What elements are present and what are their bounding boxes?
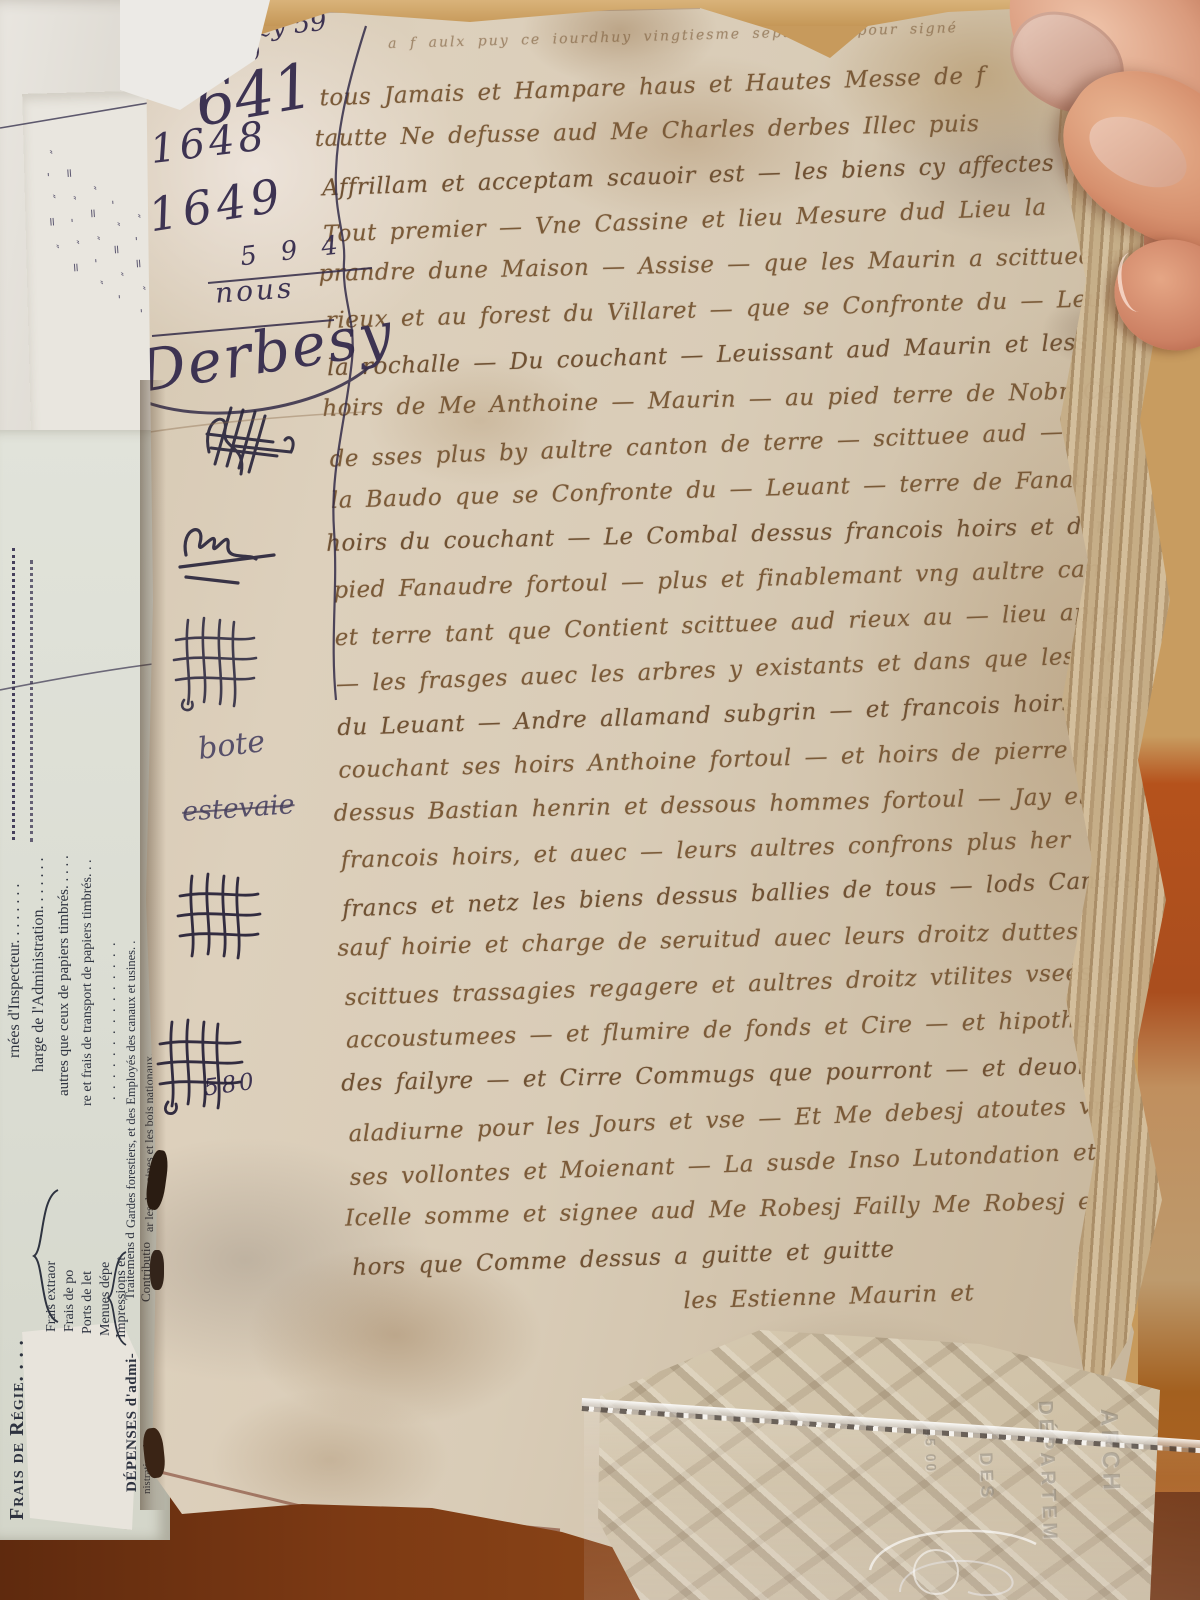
printed-margin-item: Frais extraor	[44, 1261, 60, 1332]
printed-margin-item: DÉPENSES d'admi-	[124, 1353, 141, 1492]
annotation-word: nous	[214, 271, 295, 309]
binding-gutter-shadow	[140, 380, 166, 1510]
cote-note-word: estevaie	[181, 789, 296, 828]
photo-of-manuscript: rnées d'Inspecteur. . . . . . . . harge …	[0, 0, 1200, 1600]
torn-dark-fragment	[150, 1250, 164, 1290]
printed-margin-item: re et frais de transport de papiers timb…	[80, 860, 96, 1106]
manuscript-text-block: a f aulx puy ce iourdhuy vingtiesme sept…	[318, 16, 1154, 1343]
printed-margin-item: Frais de po	[62, 1270, 78, 1332]
printed-margin-item: autres que ceux de papiers timbrés. . . …	[56, 855, 73, 1096]
dotted-leader-column	[12, 548, 15, 840]
printed-margin-item: Gardes forestiers, et des Employés des c…	[124, 941, 139, 1228]
printed-margin-item: Ports de let	[80, 1271, 96, 1334]
annotation-year: 1649	[145, 168, 289, 243]
printed-margin-item: . . . . . . . . . . . . . . .	[104, 941, 120, 1101]
left-blank-patch	[22, 1322, 140, 1530]
margin-grid-mark	[174, 618, 256, 710]
cote-note-word: bote	[196, 724, 267, 767]
margin-grid-mark	[158, 1020, 242, 1114]
annotation-year: 1648	[148, 113, 271, 173]
printed-margin-item: rnées d'Inspecteur. . . . . . . .	[6, 884, 24, 1058]
printed-margin-item: Frais de Régie. . . .	[6, 1339, 29, 1520]
printed-margin-item: Menues dépe	[98, 1262, 114, 1336]
margin-grid-mark	[178, 874, 260, 958]
margin-tally-mark	[207, 408, 293, 474]
printed-margin-item: Traitemens d	[122, 1232, 138, 1300]
printed-margin-item: harge de l'Administration. . . . . . .	[30, 857, 48, 1072]
dotted-leader-column	[30, 560, 33, 842]
margin-scribble-mark	[180, 530, 274, 583]
annotation-number: 580	[202, 1068, 258, 1101]
